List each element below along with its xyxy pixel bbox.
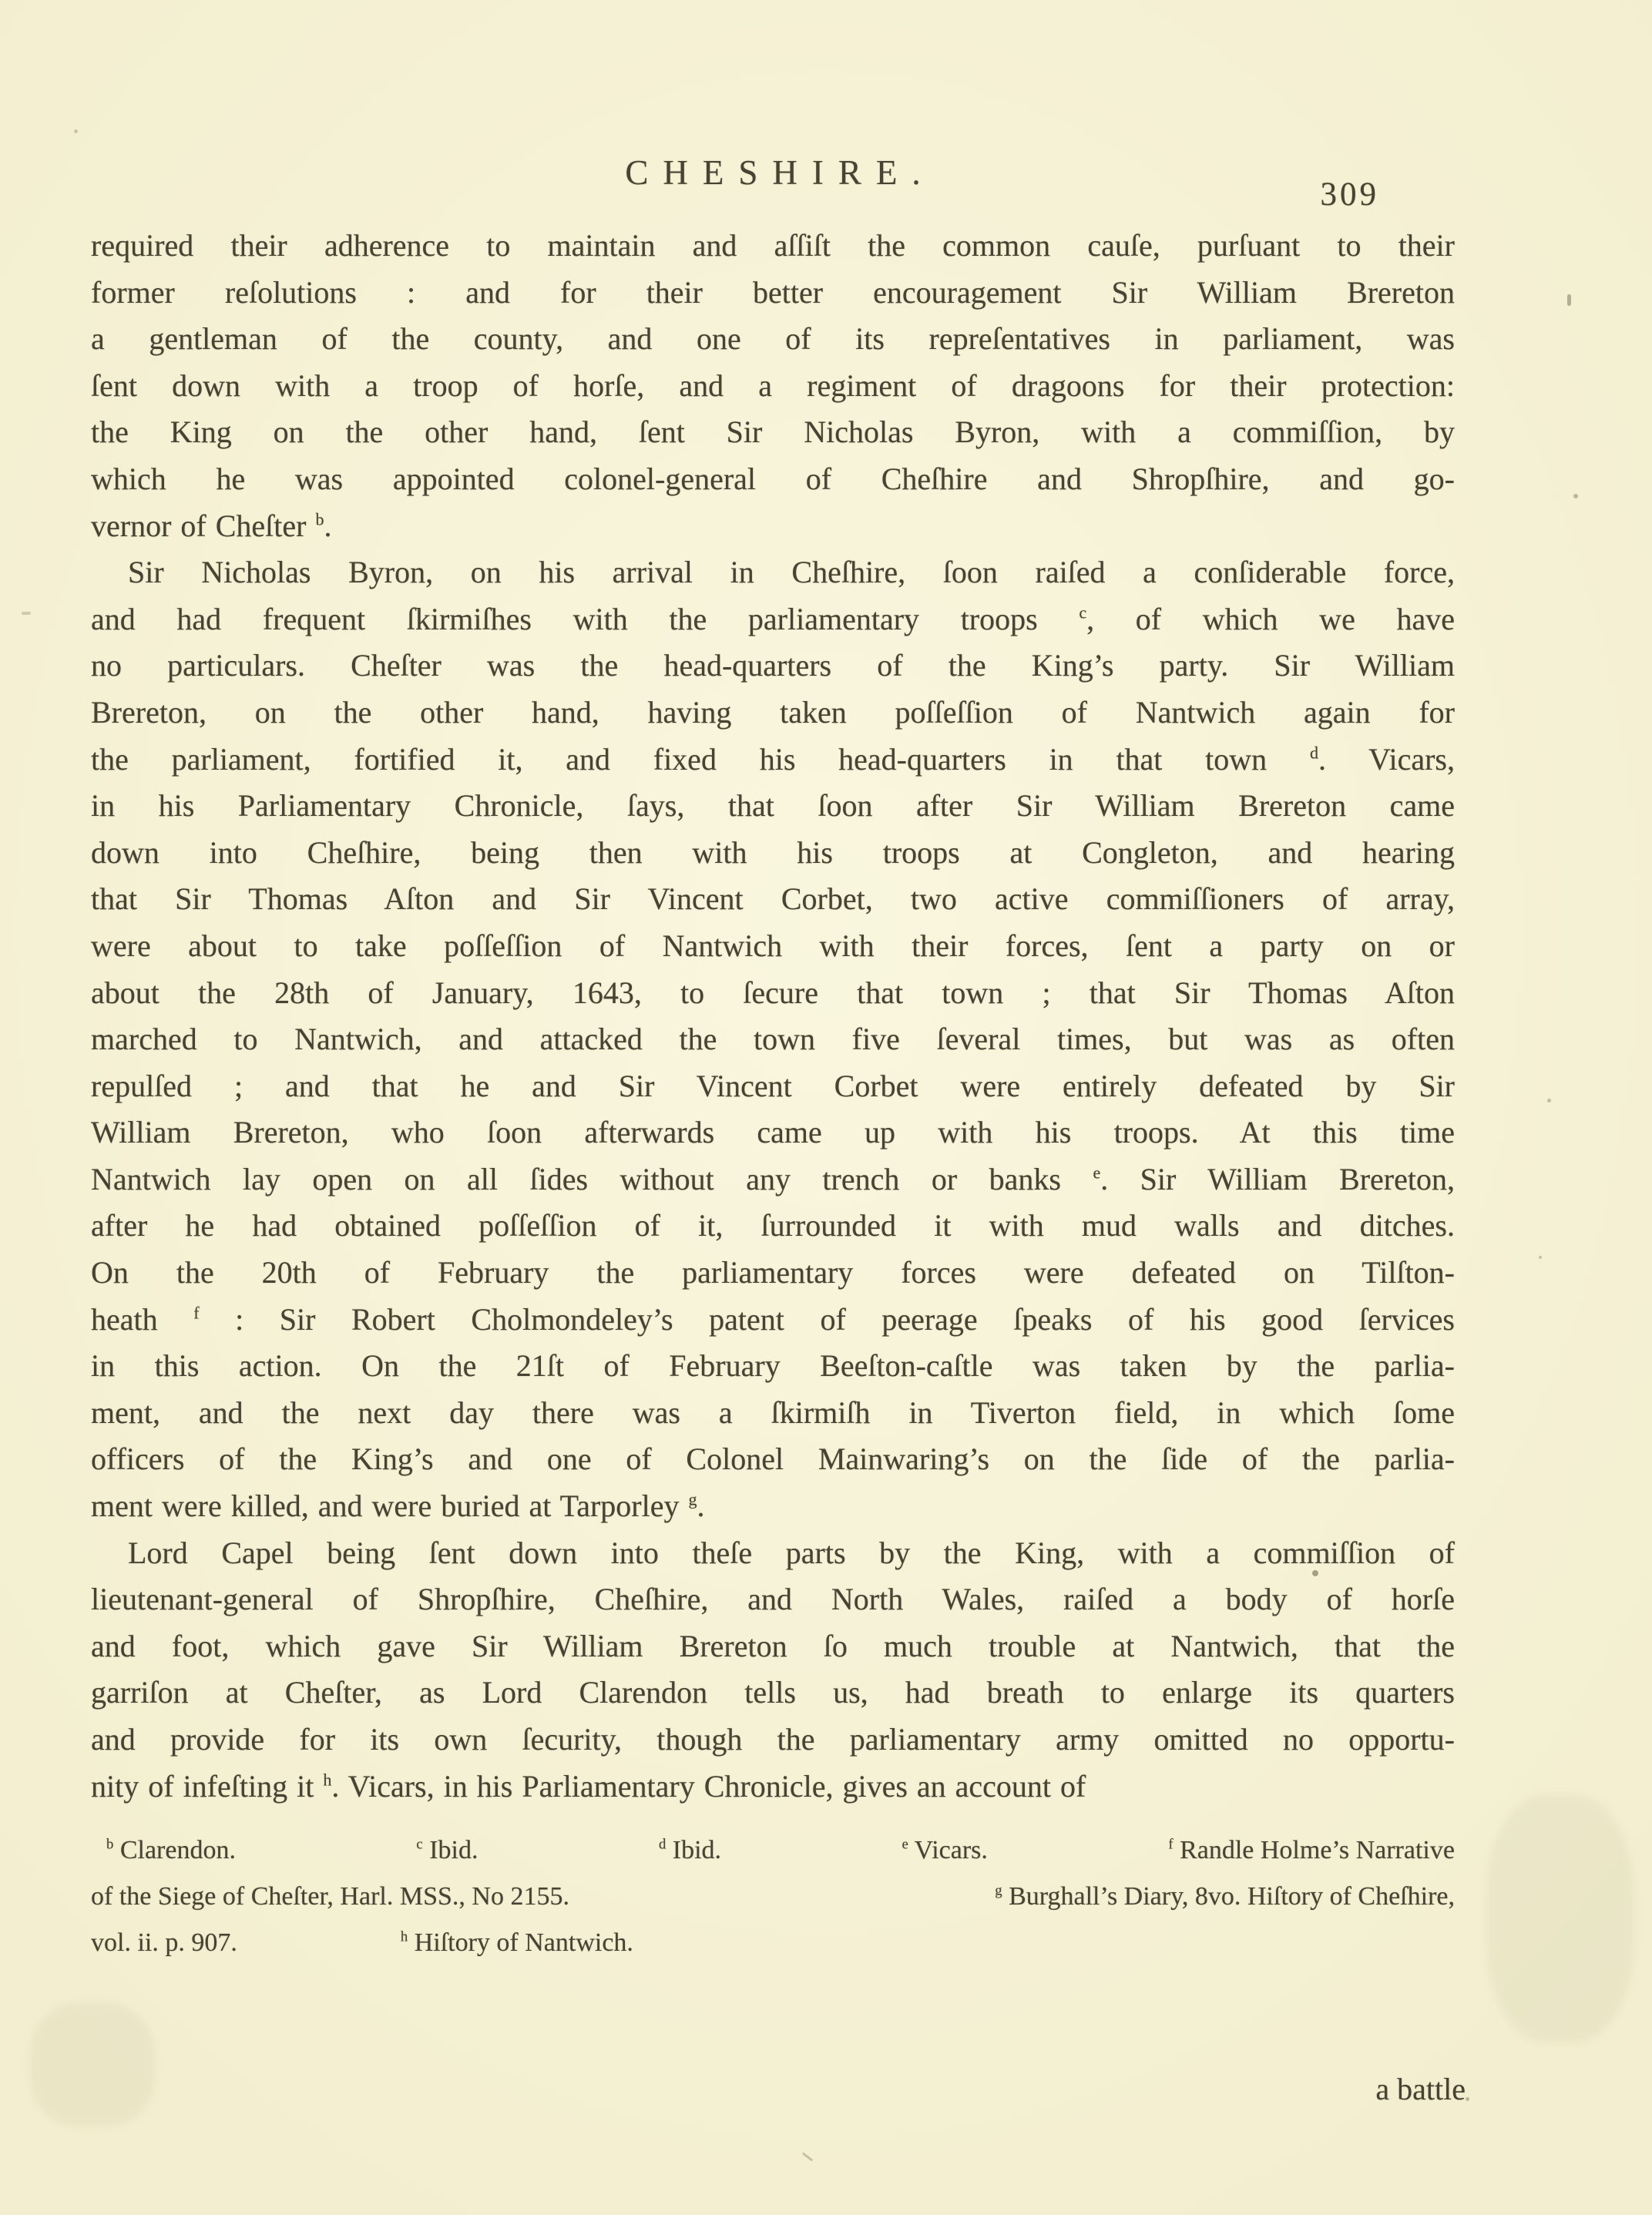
footnote-segment: e Vicars. <box>902 1827 988 1874</box>
running-header: CHESHIRE. 309 <box>91 153 1455 193</box>
footnote-row: b Clarendon.c Ibid.d Ibid.e Vicars.f Ran… <box>91 1827 1455 1874</box>
text-line: about the 28th of January, 1643, to ſecu… <box>91 970 1455 1017</box>
book-page: CHESHIRE. 309 required their adherence t… <box>0 0 1652 2215</box>
body-text: required their adherence to maintain and… <box>91 223 1455 1810</box>
text-line: in this action. On the 21ſt of February … <box>91 1343 1455 1390</box>
text-line: lieutenant-general of Shropſhire, Cheſhi… <box>91 1576 1455 1623</box>
text-line: ſent down with a troop of horſe, and a r… <box>91 363 1455 410</box>
text-line: marched to Nantwich, and attacked the to… <box>91 1016 1455 1063</box>
text-line: after he had obtained poſſeſſion of it, … <box>91 1203 1455 1250</box>
text-line: garriſon at Cheſter, as Lord Clarendon t… <box>91 1670 1455 1717</box>
text-line: William Brereton, who ſoon afterwards ca… <box>91 1109 1455 1156</box>
text-line: and foot, which gave Sir William Brereto… <box>91 1623 1455 1670</box>
footnote-segment: vol. ii. p. 907. <box>91 1920 237 1966</box>
paper-speck <box>802 2152 813 2161</box>
text-line: Nantwich lay open on all ſides without a… <box>91 1156 1455 1203</box>
text-line: Lord Capel being ſent down into theſe pa… <box>91 1530 1455 1577</box>
text-line: ment, and the next day there was a ſkirm… <box>91 1390 1455 1437</box>
text-line: no particulars. Cheſter was the head-qua… <box>91 643 1455 690</box>
paper-speck <box>1466 2097 1469 2101</box>
paper-speck <box>1539 1256 1542 1259</box>
footnote-segment: h Hiſtory of Nantwich. <box>401 1920 633 1966</box>
text-line: in his Parliamentary Chronicle, ſays, th… <box>91 783 1455 830</box>
paragraph: Sir Nicholas Byron, on his arrival in Ch… <box>91 549 1455 1529</box>
paper-speck <box>1547 1099 1551 1102</box>
page-title: CHESHIRE. <box>610 153 935 193</box>
footnote-row: of the Siege of Cheſter, Harl. MSS., No … <box>91 1874 1455 1920</box>
paper-speck <box>1573 494 1578 498</box>
text-line: Sir Nicholas Byron, on his arrival in Ch… <box>91 549 1455 596</box>
footnote-segment: f Randle Holme’s Narrative <box>1168 1827 1455 1874</box>
text-line: officers of the King’s and one of Colone… <box>91 1436 1455 1483</box>
text-line: required their adherence to maintain and… <box>91 223 1455 270</box>
text-line: ment were killed, and were buried at Tar… <box>91 1483 1455 1530</box>
text-line: vernor of Cheſter b. <box>91 503 1455 550</box>
text-line: nity of infeſting it h. Vicars, in his P… <box>91 1764 1455 1811</box>
text-line: Brereton, on the other hand, having take… <box>91 690 1455 737</box>
footnote-segment: of the Siege of Cheſter, Harl. MSS., No … <box>91 1874 569 1920</box>
paper-speck <box>74 129 78 133</box>
text-line: and had frequent ſkirmiſhes with the par… <box>91 596 1455 643</box>
text-line: down into Cheſhire, being then with his … <box>91 830 1455 877</box>
paper-speck <box>1567 294 1571 306</box>
page-smudge <box>1487 1795 1634 2042</box>
catchword: a battle <box>1375 2071 1466 2107</box>
text-line: former reſolutions : and for their bette… <box>91 270 1455 317</box>
footnote-segment: g Burghall’s Diary, 8vo. Hiſtory of Cheſ… <box>995 1874 1455 1920</box>
text-line: repulſed ; and that he and Sir Vincent C… <box>91 1063 1455 1110</box>
text-line: that Sir Thomas Aſton and Sir Vincent Co… <box>91 876 1455 923</box>
footnote-segment: b Clarendon. <box>106 1827 236 1874</box>
text-line: heath f : Sir Robert Cholmondeley’s pate… <box>91 1297 1455 1344</box>
text-line: were about to take poſſeſſion of Nantwic… <box>91 923 1455 970</box>
text-line: On the 20th of February the parliamentar… <box>91 1250 1455 1297</box>
page-smudge <box>31 2003 154 2126</box>
page-number: 309 <box>1321 176 1380 213</box>
text-line: the parliament, fortified it, and fixed … <box>91 737 1455 784</box>
paragraph: Lord Capel being ſent down into theſe pa… <box>91 1530 1455 1811</box>
footnote-segment: d Ibid. <box>659 1827 721 1874</box>
paper-speck <box>22 612 31 615</box>
text-line: a gentleman of the county, and one of it… <box>91 316 1455 363</box>
paragraph: required their adherence to maintain and… <box>91 223 1455 549</box>
footnote-row: vol. ii. p. 907.h Hiſtory of Nantwich. <box>91 1920 1455 1966</box>
text-line: which he was appointed colonel-general o… <box>91 456 1455 503</box>
text-line: the King on the other hand, ſent Sir Nic… <box>91 409 1455 456</box>
text-line: and provide for its own ſecurity, though… <box>91 1717 1455 1764</box>
footnote-segment: c Ibid. <box>416 1827 478 1874</box>
footnotes: b Clarendon.c Ibid.d Ibid.e Vicars.f Ran… <box>91 1827 1455 1966</box>
